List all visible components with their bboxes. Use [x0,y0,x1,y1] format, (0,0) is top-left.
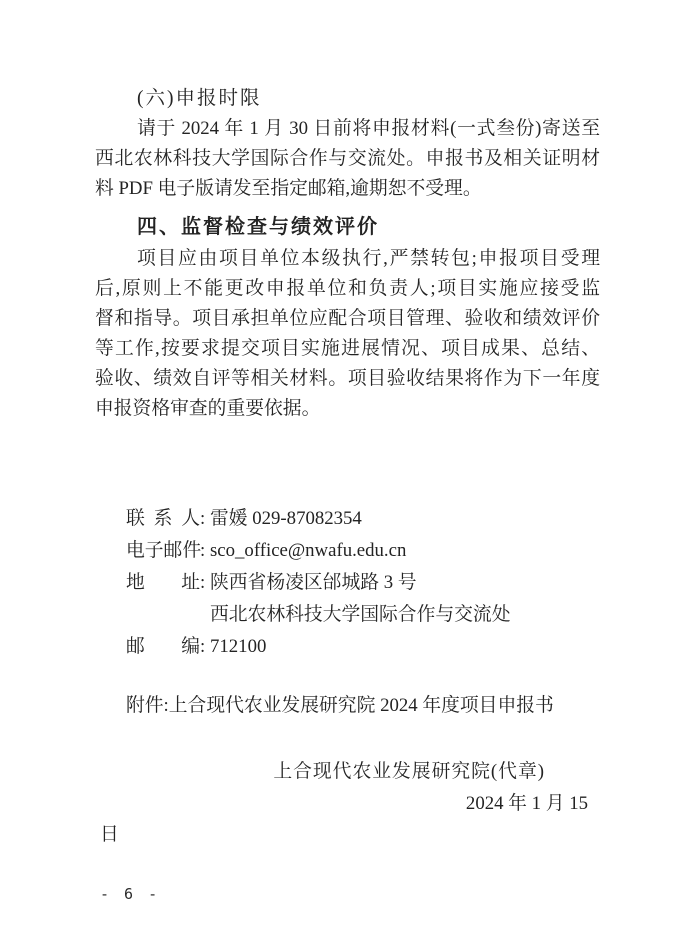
contact-person-value: 雷媛 029-87082354 [210,503,362,535]
signature-organization: 上合现代农业发展研究院(代章) [95,757,600,787]
contact-address-label: 地址: [126,572,205,593]
paragraph-line: 请于 2024 年 1 月 30 日前将申报材料(一式叁份)寄送至 [95,114,600,144]
contact-address-value-line1: 陕西省杨凌区邰城路 3 号 [210,567,417,599]
paragraph-line: 西北农林科技大学国际合作与交流处。申报书及相关证明材 [95,144,600,174]
document-content: (六)申报时限 请于 2024 年 1 月 30 日前将申报材料(一式叁份)寄送… [95,0,600,929]
paragraph-line: 等工作,按要求提交项目实施进展情况、项目成果、总结、 [95,334,600,364]
contact-postcode-row: 邮编: 712100 [126,631,631,663]
paragraph-line: 验收、绩效自评等相关材料。项目验收结果将作为下一年度 [95,364,600,394]
contact-email-row: 电子邮件: sco_office@nwafu.edu.cn [126,535,631,567]
label-colon: : [200,572,205,593]
paragraph-line: 督和指导。项目承担单位应配合项目管理、验收和绩效评价 [95,304,600,334]
signature-date-overflow: 日 [100,820,600,850]
label-colon: : [200,508,205,529]
paragraph-line: 项目应由项目单位本级执行,严禁转包;申报项目受理 [95,244,600,274]
attachment-label: 附件: [126,695,169,716]
deadline-paragraph: 请于 2024 年 1 月 30 日前将申报材料(一式叁份)寄送至 西北农林科技… [95,114,600,204]
paragraph-line: 料 PDF 电子版请发至指定邮箱,逾期恕不受理。 [95,174,600,204]
signature-date: 2024 年 1 月 15 [95,789,600,819]
label-colon: : [200,540,205,561]
supervision-section-heading: 四、监督检查与绩效评价 [137,212,379,242]
contact-address-continuation-row: 西北农林科技大学国际合作与交流处 [126,599,631,631]
contact-postcode-value: 712100 [210,631,266,663]
supervision-paragraph: 项目应由项目单位本级执行,严禁转包;申报项目受理 后,原则上不能更改申报单位和负… [95,244,600,424]
page-number: - 6 - [100,884,160,904]
contact-email-value: sco_office@nwafu.edu.cn [210,535,406,567]
document-page: (六)申报时限 请于 2024 年 1 月 30 日前将申报材料(一式叁份)寄送… [0,0,677,929]
contact-person-label: 联系人: [126,508,205,529]
contact-email-label: 电子邮件: [126,540,205,561]
attachment-line: 附件:上合现代农业发展研究院 2024 年度项目申报书 [126,691,600,721]
paragraph-line: 申报资格审查的重要依据。 [95,394,600,424]
label-colon: : [200,636,205,657]
contact-address-row: 地址: 陕西省杨凌区邰城路 3 号 [126,567,631,599]
contact-person-row: 联系人: 雷媛 029-87082354 [126,503,631,535]
deadline-section-heading: (六)申报时限 [137,84,262,114]
attachment-title: 上合现代农业发展研究院 2024 年度项目申报书 [169,695,554,716]
contact-postcode-label: 邮编: [126,636,205,657]
paragraph-line: 后,原则上不能更改申报单位和负责人;项目实施应接受监 [95,274,600,304]
contact-block: 联系人: 雷媛 029-87082354 电子邮件: sco_office@nw… [95,503,600,663]
contact-address-value-line2: 西北农林科技大学国际合作与交流处 [210,599,511,631]
